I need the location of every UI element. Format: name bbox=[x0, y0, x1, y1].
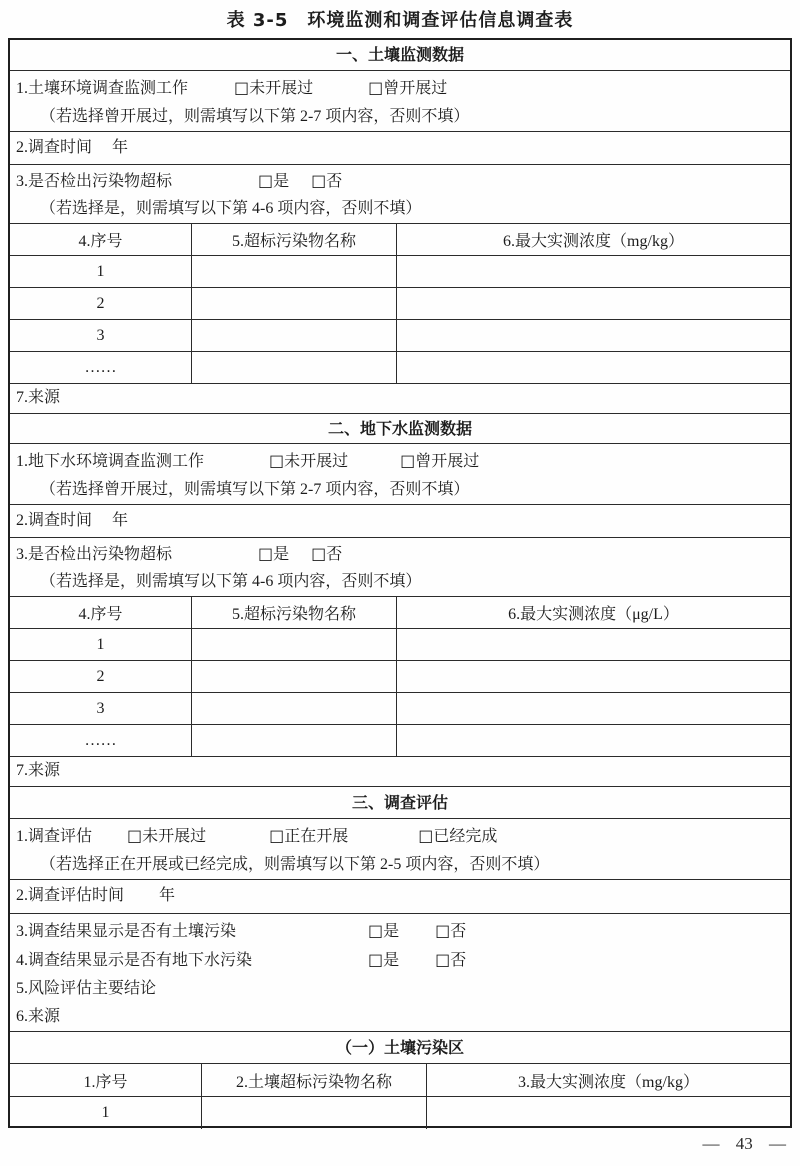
section-header-assessment: 三、调查评估 bbox=[10, 786, 790, 818]
option-no: □否 bbox=[311, 546, 342, 563]
document-title: 表 3-5 环境监测和调查评估信息调查表 bbox=[0, 6, 800, 32]
year-suffix: 年 bbox=[112, 139, 128, 156]
empty-cell bbox=[191, 320, 396, 351]
table-row: …… bbox=[10, 351, 790, 383]
table-row: 1 bbox=[10, 628, 790, 660]
option-in-progress: □正在开展 bbox=[269, 828, 348, 845]
row-gw-1-label: 1.地下水环境调查监测工作 bbox=[16, 448, 269, 476]
option-completed: □已经完成 bbox=[418, 828, 497, 845]
column-header-concentration: 6.最大实测浓度（μg/L） bbox=[396, 597, 790, 628]
option-label: 是 bbox=[383, 923, 399, 940]
row-soil-source: 7.来源 bbox=[10, 383, 790, 413]
option-label: 曾开展过 bbox=[383, 80, 447, 97]
table-row: …… bbox=[10, 724, 790, 756]
table-row: 1 bbox=[10, 1096, 790, 1129]
row-index-cell: 2 bbox=[10, 661, 191, 692]
checkbox-icon: □ bbox=[435, 950, 450, 969]
groundwater-pollutant-table: 4.序号 5.超标污染物名称 6.最大实测浓度（μg/L） 1 2 3 …… bbox=[10, 596, 790, 756]
option-conducted: □曾开展过 bbox=[368, 80, 447, 97]
row-gw-3-label: 3.是否检出污染物超标 bbox=[16, 541, 258, 568]
option-label: 否 bbox=[450, 923, 466, 940]
row-assess-1-label: 1.调查评估 bbox=[16, 823, 113, 851]
checkbox-icon: □ bbox=[258, 171, 273, 190]
option-label: 正在开展 bbox=[284, 828, 348, 845]
row-soil-1: 1.土壤环境调查监测工作□未开展过□曾开展过 （若选择曾开展过，则需填写以下第 … bbox=[10, 70, 790, 131]
option-label: 否 bbox=[450, 952, 466, 969]
checkbox-icon: □ bbox=[311, 544, 326, 563]
row-index-cell: 1 bbox=[10, 256, 191, 287]
soil-area-table: 1.序号 2.土壤超标污染物名称 3.最大实测浓度（mg/kg） 1 bbox=[10, 1063, 790, 1129]
empty-cell bbox=[191, 725, 396, 756]
section-header-groundwater: 二、地下水监测数据 bbox=[10, 413, 790, 443]
row-assess-2-label: 2.调查评估时间 bbox=[16, 887, 124, 904]
empty-cell bbox=[191, 661, 396, 692]
column-header-pollutant: 5.超标污染物名称 bbox=[191, 597, 396, 628]
option-no: □否 bbox=[435, 952, 466, 969]
column-header-pollutant: 2.土壤超标污染物名称 bbox=[201, 1064, 426, 1096]
table-row: 2 bbox=[10, 287, 790, 319]
row-soil-1-label: 1.土壤环境调查监测工作 bbox=[16, 75, 234, 103]
option-label: 未开展过 bbox=[142, 828, 206, 845]
row-soil-2-label: 2.调查时间 bbox=[16, 139, 92, 156]
option-label: 否 bbox=[326, 546, 342, 563]
row-index-cell: 1 bbox=[10, 1097, 201, 1129]
table-header-row: 4.序号 5.超标污染物名称 6.最大实测浓度（mg/kg） bbox=[10, 224, 790, 255]
year-suffix: 年 bbox=[159, 887, 175, 904]
empty-cell bbox=[396, 725, 790, 756]
empty-cell bbox=[191, 629, 396, 660]
option-conducted: □曾开展过 bbox=[400, 453, 479, 470]
option-not-conducted: □未开展过 bbox=[127, 828, 206, 845]
option-yes: □是 bbox=[258, 546, 289, 563]
row-assess-1-note: （若选择正在开展或已经完成，则需填写以下第 2-5 项内容，否则不填） bbox=[16, 851, 784, 879]
empty-cell bbox=[191, 693, 396, 724]
table-row: 2 bbox=[10, 660, 790, 692]
checkbox-icon: □ bbox=[269, 826, 284, 845]
soil-pollutant-table: 4.序号 5.超标污染物名称 6.最大实测浓度（mg/kg） 1 2 3 …… bbox=[10, 223, 790, 383]
assess-line-6: 6.来源 bbox=[16, 1003, 784, 1031]
row-gw-3: 3.是否检出污染物超标□是□否 （若选择是，则需填写以下第 4-6 项内容，否则… bbox=[10, 537, 790, 596]
year-suffix: 年 bbox=[112, 512, 128, 529]
row-soil-3-note: （若选择是，则需填写以下第 4-6 项内容，否则不填） bbox=[16, 195, 784, 222]
empty-cell bbox=[396, 629, 790, 660]
table-header-row: 1.序号 2.土壤超标污染物名称 3.最大实测浓度（mg/kg） bbox=[10, 1064, 790, 1096]
column-header-pollutant: 5.超标污染物名称 bbox=[191, 224, 396, 255]
row-gw-source: 7.来源 bbox=[10, 756, 790, 786]
empty-cell bbox=[396, 288, 790, 319]
checkbox-icon: □ bbox=[368, 950, 383, 969]
empty-cell bbox=[191, 352, 396, 383]
row-assess-results: 3.调查结果显示是否有土壤污染□是□否 4.调查结果显示是否有地下水污染□是□否… bbox=[10, 913, 790, 1031]
checkbox-icon: □ bbox=[258, 544, 273, 563]
document-page: 表 3-5 环境监测和调查评估信息调查表 一、土壤监测数据 1.土壤环境调查监测… bbox=[0, 0, 800, 1166]
row-gw-2: 2.调查时间年 bbox=[10, 504, 790, 537]
table-row: 1 bbox=[10, 255, 790, 287]
row-gw-3-note: （若选择是，则需填写以下第 4-6 项内容，否则不填） bbox=[16, 568, 784, 595]
empty-cell bbox=[396, 256, 790, 287]
option-label: 否 bbox=[326, 173, 342, 190]
option-not-conducted: □未开展过 bbox=[269, 453, 348, 470]
checkbox-icon: □ bbox=[418, 826, 433, 845]
option-label: 是 bbox=[273, 546, 289, 563]
empty-cell bbox=[396, 693, 790, 724]
assess-line-3-label: 3.调查结果显示是否有土壤污染 bbox=[16, 918, 368, 946]
option-label: 曾开展过 bbox=[415, 453, 479, 470]
empty-cell bbox=[191, 288, 396, 319]
page-number: — 43 — bbox=[703, 1134, 787, 1154]
option-no: □否 bbox=[435, 923, 466, 940]
survey-form-table: 一、土壤监测数据 1.土壤环境调查监测工作□未开展过□曾开展过 （若选择曾开展过… bbox=[8, 38, 792, 1128]
row-index-cell: 3 bbox=[10, 320, 191, 351]
empty-cell bbox=[396, 661, 790, 692]
option-label: 已经完成 bbox=[433, 828, 497, 845]
empty-cell bbox=[201, 1097, 426, 1129]
checkbox-icon: □ bbox=[269, 451, 284, 470]
row-gw-1-note: （若选择曾开展过，则需填写以下第 2-7 项内容，否则不填） bbox=[16, 476, 784, 504]
row-soil-1-note: （若选择曾开展过，则需填写以下第 2-7 项内容，否则不填） bbox=[16, 103, 784, 131]
column-header-index: 1.序号 bbox=[10, 1064, 201, 1096]
row-soil-2: 2.调查时间年 bbox=[10, 131, 790, 164]
row-soil-3: 3.是否检出污染物超标□是□否 （若选择是，则需填写以下第 4-6 项内容，否则… bbox=[10, 164, 790, 223]
option-yes: □是 bbox=[258, 173, 289, 190]
row-assess-1: 1.调查评估□未开展过□正在开展□已经完成 （若选择正在开展或已经完成，则需填写… bbox=[10, 818, 790, 879]
checkbox-icon: □ bbox=[368, 78, 383, 97]
empty-cell bbox=[396, 352, 790, 383]
table-row: 3 bbox=[10, 692, 790, 724]
empty-cell bbox=[191, 256, 396, 287]
row-gw-2-label: 2.调查时间 bbox=[16, 512, 92, 529]
row-gw-1: 1.地下水环境调查监测工作□未开展过□曾开展过 （若选择曾开展过，则需填写以下第… bbox=[10, 443, 790, 504]
empty-cell bbox=[426, 1097, 790, 1129]
option-label: 未开展过 bbox=[249, 80, 313, 97]
assess-line-3: 3.调查结果显示是否有土壤污染□是□否 bbox=[16, 917, 784, 946]
assess-line-4-label: 4.调查结果显示是否有地下水污染 bbox=[16, 947, 368, 975]
row-index-cell: 2 bbox=[10, 288, 191, 319]
column-header-index: 4.序号 bbox=[10, 597, 191, 628]
table-row: 3 bbox=[10, 319, 790, 351]
option-label: 未开展过 bbox=[284, 453, 348, 470]
column-header-concentration: 6.最大实测浓度（mg/kg） bbox=[396, 224, 790, 255]
empty-cell bbox=[396, 320, 790, 351]
table-header-row: 4.序号 5.超标污染物名称 6.最大实测浓度（μg/L） bbox=[10, 597, 790, 628]
row-index-cell: …… bbox=[10, 725, 191, 756]
checkbox-icon: □ bbox=[435, 921, 450, 940]
row-index-cell: 1 bbox=[10, 629, 191, 660]
option-yes: □是 bbox=[368, 923, 399, 940]
assess-line-4: 4.调查结果显示是否有地下水污染□是□否 bbox=[16, 946, 784, 975]
option-no: □否 bbox=[311, 173, 342, 190]
row-index-cell: …… bbox=[10, 352, 191, 383]
option-label: 是 bbox=[383, 952, 399, 969]
assess-line-5: 5.风险评估主要结论 bbox=[16, 975, 784, 1003]
checkbox-icon: □ bbox=[127, 826, 142, 845]
section-header-soil: 一、土壤监测数据 bbox=[10, 40, 790, 70]
row-soil-3-label: 3.是否检出污染物超标 bbox=[16, 168, 258, 195]
column-header-index: 4.序号 bbox=[10, 224, 191, 255]
option-label: 是 bbox=[273, 173, 289, 190]
option-not-conducted: □未开展过 bbox=[234, 80, 313, 97]
option-yes: □是 bbox=[368, 952, 399, 969]
checkbox-icon: □ bbox=[234, 78, 249, 97]
row-assess-2: 2.调查评估时间年 bbox=[10, 879, 790, 913]
checkbox-icon: □ bbox=[311, 171, 326, 190]
checkbox-icon: □ bbox=[368, 921, 383, 940]
row-index-cell: 3 bbox=[10, 693, 191, 724]
checkbox-icon: □ bbox=[400, 451, 415, 470]
subsection-header-soil-area: （一）土壤污染区 bbox=[10, 1031, 790, 1063]
column-header-concentration: 3.最大实测浓度（mg/kg） bbox=[426, 1064, 790, 1096]
